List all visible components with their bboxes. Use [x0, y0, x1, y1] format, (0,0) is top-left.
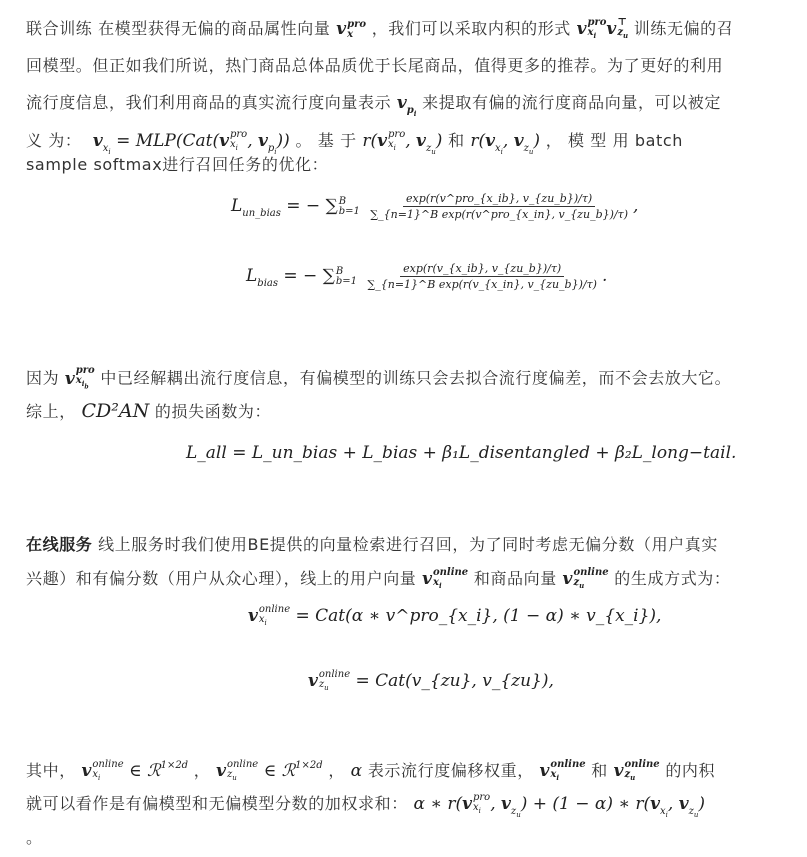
text: 义 为：: [26, 131, 82, 150]
math-v-xi-online-2: vonlinexi: [540, 761, 586, 781]
para4-line2: 就可以看作是有偏模型和无偏模型分数的加权求和： α ∗ r(vproxi, vz…: [26, 793, 705, 820]
para1-line2: 回模型。但正如我们所说，热门商品总体品质优于长尾商品，值得更多的推荐。为了更好的…: [26, 56, 723, 76]
text: 的损失函数为：: [155, 402, 271, 421]
math-v-pi: vpi: [397, 93, 417, 113]
text: 流行度信息，我们利用商品的真实流行度向量表示: [26, 93, 391, 112]
para3-line2: 兴趣）和有偏分数（用户从众心理），线上的用户向量 vonlinexi 和商品向量…: [26, 568, 731, 591]
math-r-x: r(vxi, vzu): [470, 131, 540, 151]
para3-line1: 在线服务 线上服务时我们使用BE提供的向量检索进行召回，为了同时考虑无偏分数（用…: [26, 535, 718, 555]
equation-v-online-x: vonlinexi = Cat(α ∗ v^pro_{x_i}, (1 − α)…: [248, 605, 661, 628]
math-v-xi-online: vonlinexi: [422, 569, 468, 589]
text: 的内积: [665, 761, 715, 780]
para1-line3: 流行度信息，我们利用商品的真实流行度向量表示 vpi 来提取有偏的流行度商品向量…: [26, 93, 721, 119]
text: 线上服务时我们使用BE提供的向量检索进行召回，为了同时考虑无偏分数（用户真实: [98, 535, 718, 554]
text: 其中，: [26, 761, 76, 780]
text: 兴趣）和有偏分数（用户从众心理），线上的用户向量: [26, 569, 416, 588]
math-v-xib-pro: vproxib: [65, 369, 95, 389]
text: 联合训练 在模型获得无偏的商品属性向量: [26, 19, 331, 38]
equation-v-online-z: vonlinezu = Cat(v_{zu}, v_{zu}),: [308, 670, 554, 693]
text: ，我们可以采取内积的形式: [372, 19, 571, 38]
text: 来提取有偏的流行度商品向量，可以被定: [422, 93, 721, 112]
math-v-zu-online-dim: vonlinezu ∈ ℛ1×2d: [216, 761, 323, 781]
text: 综上，: [26, 402, 76, 421]
equation-l-un-bias: Lun_bias = − ∑Bb=1 exp(r(v^pro_{x_ib}, v…: [231, 192, 638, 221]
math-r-pro: r(vproxi, vzu): [362, 131, 442, 151]
math-inner-product: vproxiv⊤zu: [577, 19, 629, 39]
text: 就可以看作是有偏模型和无偏模型分数的加权求和：: [26, 794, 408, 813]
text: 和: [448, 131, 465, 150]
text: 中已经解耦出流行度信息，有偏模型的训练只会去拟合流行度偏差，而不会去放大它。: [100, 369, 731, 388]
text: 表示流行度偏移权重，: [368, 761, 534, 780]
equation-l-all: L_all = L_un_bias + L_bias + β₁L_disenta…: [186, 443, 736, 463]
math-v-zu-online-2: vonlinezu: [614, 761, 660, 781]
para1-line5: sample softmax进行召回任务的优化：: [26, 155, 328, 175]
text: 训练无偏的召: [634, 19, 734, 38]
math-cd2an: CD²AN: [82, 400, 150, 422]
math-v-x-pro: vprox: [336, 19, 366, 39]
section-title-online-serving: 在线服务: [26, 535, 92, 554]
para4-end: 。: [26, 828, 43, 848]
para1-line1: 联合训练 在模型获得无偏的商品属性向量 vprox ，我们可以采取内积的形式 v…: [26, 18, 733, 41]
math-v-zu-online: vonlinezu: [563, 569, 609, 589]
math-v-xi-online-dim: vonlinexi ∈ ℛ1×2d: [82, 761, 189, 781]
para4-line1: 其中， vonlinexi ∈ ℛ1×2d ， vonlinezu ∈ ℛ1×2…: [26, 760, 715, 784]
text: 因为: [26, 369, 59, 388]
para1-line4: 义 为： vxi = MLP(Cat(vproxi, vpi)) 。 基 于 r…: [26, 130, 683, 157]
math-mlp: vxi = MLP(Cat(vproxi, vpi)): [93, 131, 290, 151]
para2-line2: 综上， CD²AN 的损失函数为：: [26, 401, 271, 422]
text: 和商品向量: [474, 569, 557, 588]
text: 。 基 于: [296, 131, 357, 150]
para2-line1: 因为 vproxib 中已经解耦出流行度信息，有偏模型的训练只会去拟合流行度偏差…: [26, 366, 731, 392]
text: 的生成方式为：: [614, 569, 730, 588]
math-weighted-sum: α ∗ r(vproxi, vzu) + (1 − α) ∗ r(vxi, vz…: [414, 794, 706, 814]
math-alpha: α: [351, 761, 362, 781]
equation-l-bias: Lbias = − ∑Bb=1 exp(r(v_{x_ib}, v_{zu_b}…: [246, 262, 607, 291]
text: ， 模 型 用 batch: [546, 131, 683, 150]
